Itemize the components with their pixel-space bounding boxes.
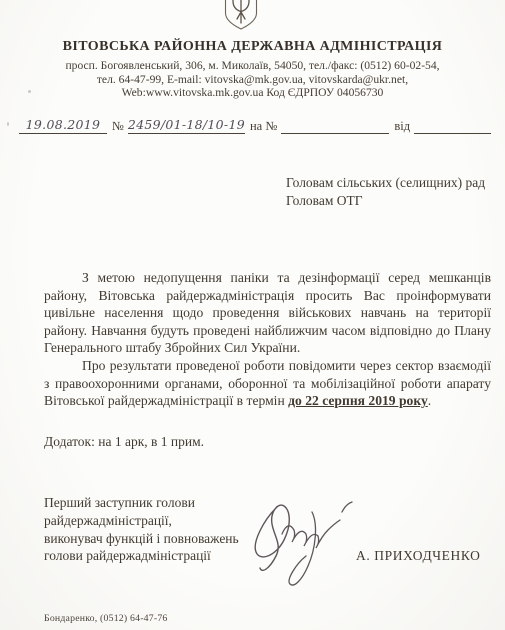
executor-contact: Бондаренко, (0512) 64-47-76 xyxy=(44,613,168,624)
number-sign-label: № xyxy=(112,119,124,134)
addressee-block: Головам сільських (селищних) рад Головам… xyxy=(286,174,485,210)
reference-line: 19.08.2019 № 2459/01-18/10-19 на № від xyxy=(19,112,491,134)
letterhead-phone-email-line: тел. 64-47-99, E-mail: vitovska@mk.gov.u… xyxy=(0,73,505,87)
document-page: ВІТОВСЬКА РАЙОННА ДЕРЖАВНА АДМІНІСТРАЦІЯ… xyxy=(0,0,505,630)
signatory-name: А. ПРИХОДЧЕНКО xyxy=(356,548,480,564)
reply-number-blank xyxy=(281,133,389,134)
handwritten-date: 19.08.2019 xyxy=(26,117,101,132)
addressee-line: Головам ОТГ xyxy=(286,192,485,210)
paragraph-text: З метою недопущення паніки та дезінформа… xyxy=(44,270,491,355)
reply-to-label: на № xyxy=(250,119,277,134)
signatory-title-line: Перший заступник голови xyxy=(44,494,239,512)
from-date-blank xyxy=(414,133,491,134)
body-paragraph-1: З метою недопущення паніки та дезінформа… xyxy=(44,269,491,357)
organization-name: ВІТОВСЬКА РАЙОННА ДЕРЖАВНА АДМІНІСТРАЦІЯ xyxy=(0,39,505,55)
handwritten-signature xyxy=(246,490,361,592)
signatory-title-line: голови райдержадміністрації xyxy=(44,547,239,565)
scan-artifact xyxy=(7,122,9,126)
from-label: від xyxy=(394,119,410,134)
letterhead-address-line: просп. Богоявленський, 306, м. Миколаїв,… xyxy=(0,59,505,73)
signatory-title-line: виконувач функцій і повноважень xyxy=(44,530,239,548)
letterhead-contact-block: просп. Богоявленський, 306, м. Миколаїв,… xyxy=(0,59,505,100)
letter-body: З метою недопущення паніки та дезінформа… xyxy=(44,269,491,410)
ukraine-trident-emblem-icon xyxy=(221,0,261,31)
signatory-title-line: райдержадміністрації, xyxy=(44,512,239,530)
date-field: 19.08.2019 xyxy=(19,117,107,134)
addressee-line: Головам сільських (селищних) рад xyxy=(286,174,485,192)
letterhead-web-line: Web:www.vitovska.mk.gov.ua Код ЄДРПОУ 04… xyxy=(0,86,505,100)
body-paragraph-2: Про результати проведеної роботи повідом… xyxy=(44,357,491,410)
signatory-title-block: Перший заступник голови райдержадміністр… xyxy=(44,494,239,565)
paragraph-text: . xyxy=(428,393,431,408)
outgoing-number-field: 2459/01-18/10-19 xyxy=(128,117,245,134)
scan-artifact xyxy=(28,90,31,93)
handwritten-number: 2459/01-18/10-19 xyxy=(128,117,245,132)
attachment-note: Додаток: на 1 арк, в 1 прим. xyxy=(44,434,204,450)
deadline-emphasis: до 22 серпня 2019 року xyxy=(288,393,428,408)
